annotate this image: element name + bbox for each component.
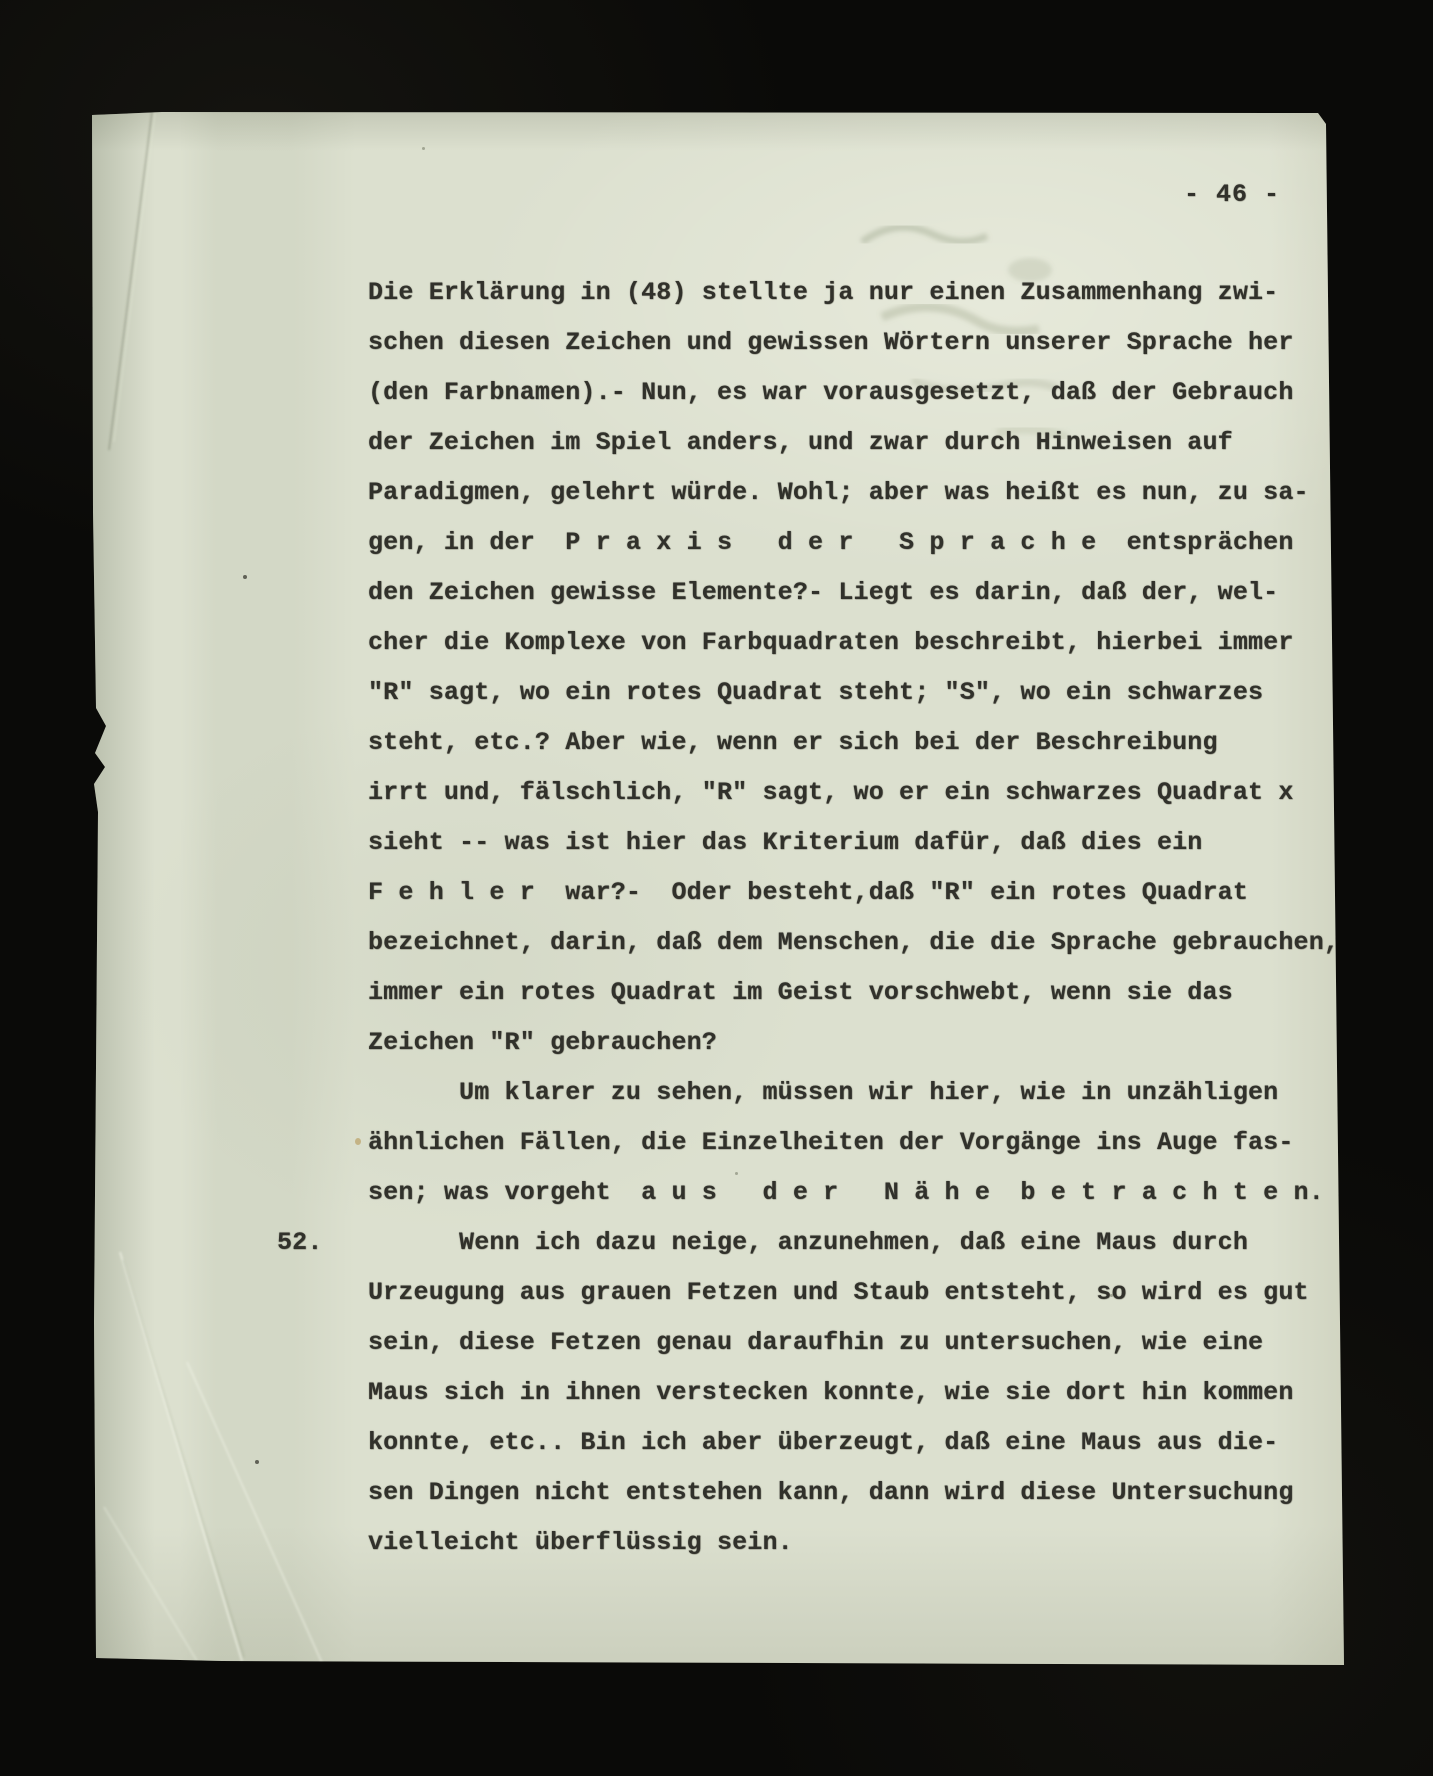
- page-number: - 46 -: [1184, 170, 1280, 220]
- typescript-line: cher die Komplexe von Farbquadraten besc…: [368, 618, 1339, 668]
- typescript-line: bezeichnet, darin, daß dem Menschen, die…: [368, 918, 1339, 968]
- ink-smudge: [862, 227, 987, 242]
- typescript-line: ähnlichen Fällen, die Einzelheiten der V…: [368, 1118, 1339, 1168]
- typescript-text: Die Erklärung in (48) stellte ja nur ein…: [368, 268, 1339, 1568]
- typescript-line: F e h l e r war?- Oder besteht,daß "R" e…: [368, 868, 1339, 918]
- typescript-line: sein, diese Fetzen genau daraufhin zu un…: [368, 1318, 1339, 1368]
- typescript-line: "R" sagt, wo ein rotes Quadrat steht; "S…: [368, 668, 1339, 718]
- typescript-line: gen, in der P r a x i s d e r S p r a c …: [368, 518, 1339, 568]
- crease-line: [120, 1252, 242, 1661]
- typescript-line: Maus sich in ihnen verstecken konnte, wi…: [368, 1368, 1339, 1418]
- section-number: 52.: [277, 1218, 323, 1268]
- crease-highlight: [114, 112, 155, 442]
- crease-line: [109, 112, 152, 450]
- document-page: - 46 - Die Erklärung in (48) stellte ja …: [92, 112, 1344, 1665]
- typescript-line: schen diesen Zeichen und gewissen Wörter…: [368, 318, 1339, 368]
- paper-speck: [243, 575, 247, 579]
- typescript-line: sen; was vorgeht a u s d e r N ä h e b e…: [368, 1168, 1339, 1218]
- typescript-line: sen Dingen nicht entstehen kann, dann wi…: [368, 1468, 1339, 1518]
- typescript-line: Zeichen "R" gebrauchen?: [368, 1018, 1339, 1068]
- typescript-line: Paradigmen, gelehrt würde. Wohl; aber wa…: [368, 468, 1339, 518]
- typescript-line: sieht -- was ist hier das Kriterium dafü…: [368, 818, 1339, 868]
- paper-speck: [255, 1460, 259, 1464]
- typescript-line: Um klarer zu sehen, müssen wir hier, wie…: [368, 1068, 1339, 1118]
- paper-speck: [355, 1138, 361, 1145]
- typescript-line: (den Farbnamen).- Nun, es war vorausgese…: [368, 368, 1339, 418]
- typescript-line: Wenn ich dazu neige, anzunehmen, daß ein…: [368, 1218, 1339, 1268]
- paper-speck: [1110, 1294, 1113, 1297]
- crease-line: [187, 1362, 322, 1663]
- typescript-line: Urzeugung aus grauen Fetzen und Staub en…: [368, 1268, 1339, 1318]
- typescript-line: Die Erklärung in (48) stellte ja nur ein…: [368, 268, 1339, 318]
- crease-shadow: [123, 1260, 244, 1657]
- typescript-line: immer ein rotes Quadrat im Geist vorschw…: [368, 968, 1339, 1018]
- typescript-line: irrt und, fälschlich, "R" sagt, wo er ei…: [368, 768, 1339, 818]
- typescript-line: steht, etc.? Aber wie, wenn er sich bei …: [368, 718, 1339, 768]
- paper-speck: [422, 147, 425, 150]
- typescript-line: der Zeichen im Spiel anders, und zwar du…: [368, 418, 1339, 468]
- typescript-line: den Zeichen gewisse Elemente?- Liegt es …: [368, 568, 1339, 618]
- typescript-line: konnte, etc.. Bin ich aber überzeugt, da…: [368, 1418, 1339, 1468]
- crease-line: [104, 1507, 197, 1661]
- paper-speck: [735, 1172, 738, 1175]
- typescript-line: vielleicht überflüssig sein.: [368, 1518, 1339, 1568]
- photo-background: - 46 - Die Erklärung in (48) stellte ja …: [0, 0, 1433, 1776]
